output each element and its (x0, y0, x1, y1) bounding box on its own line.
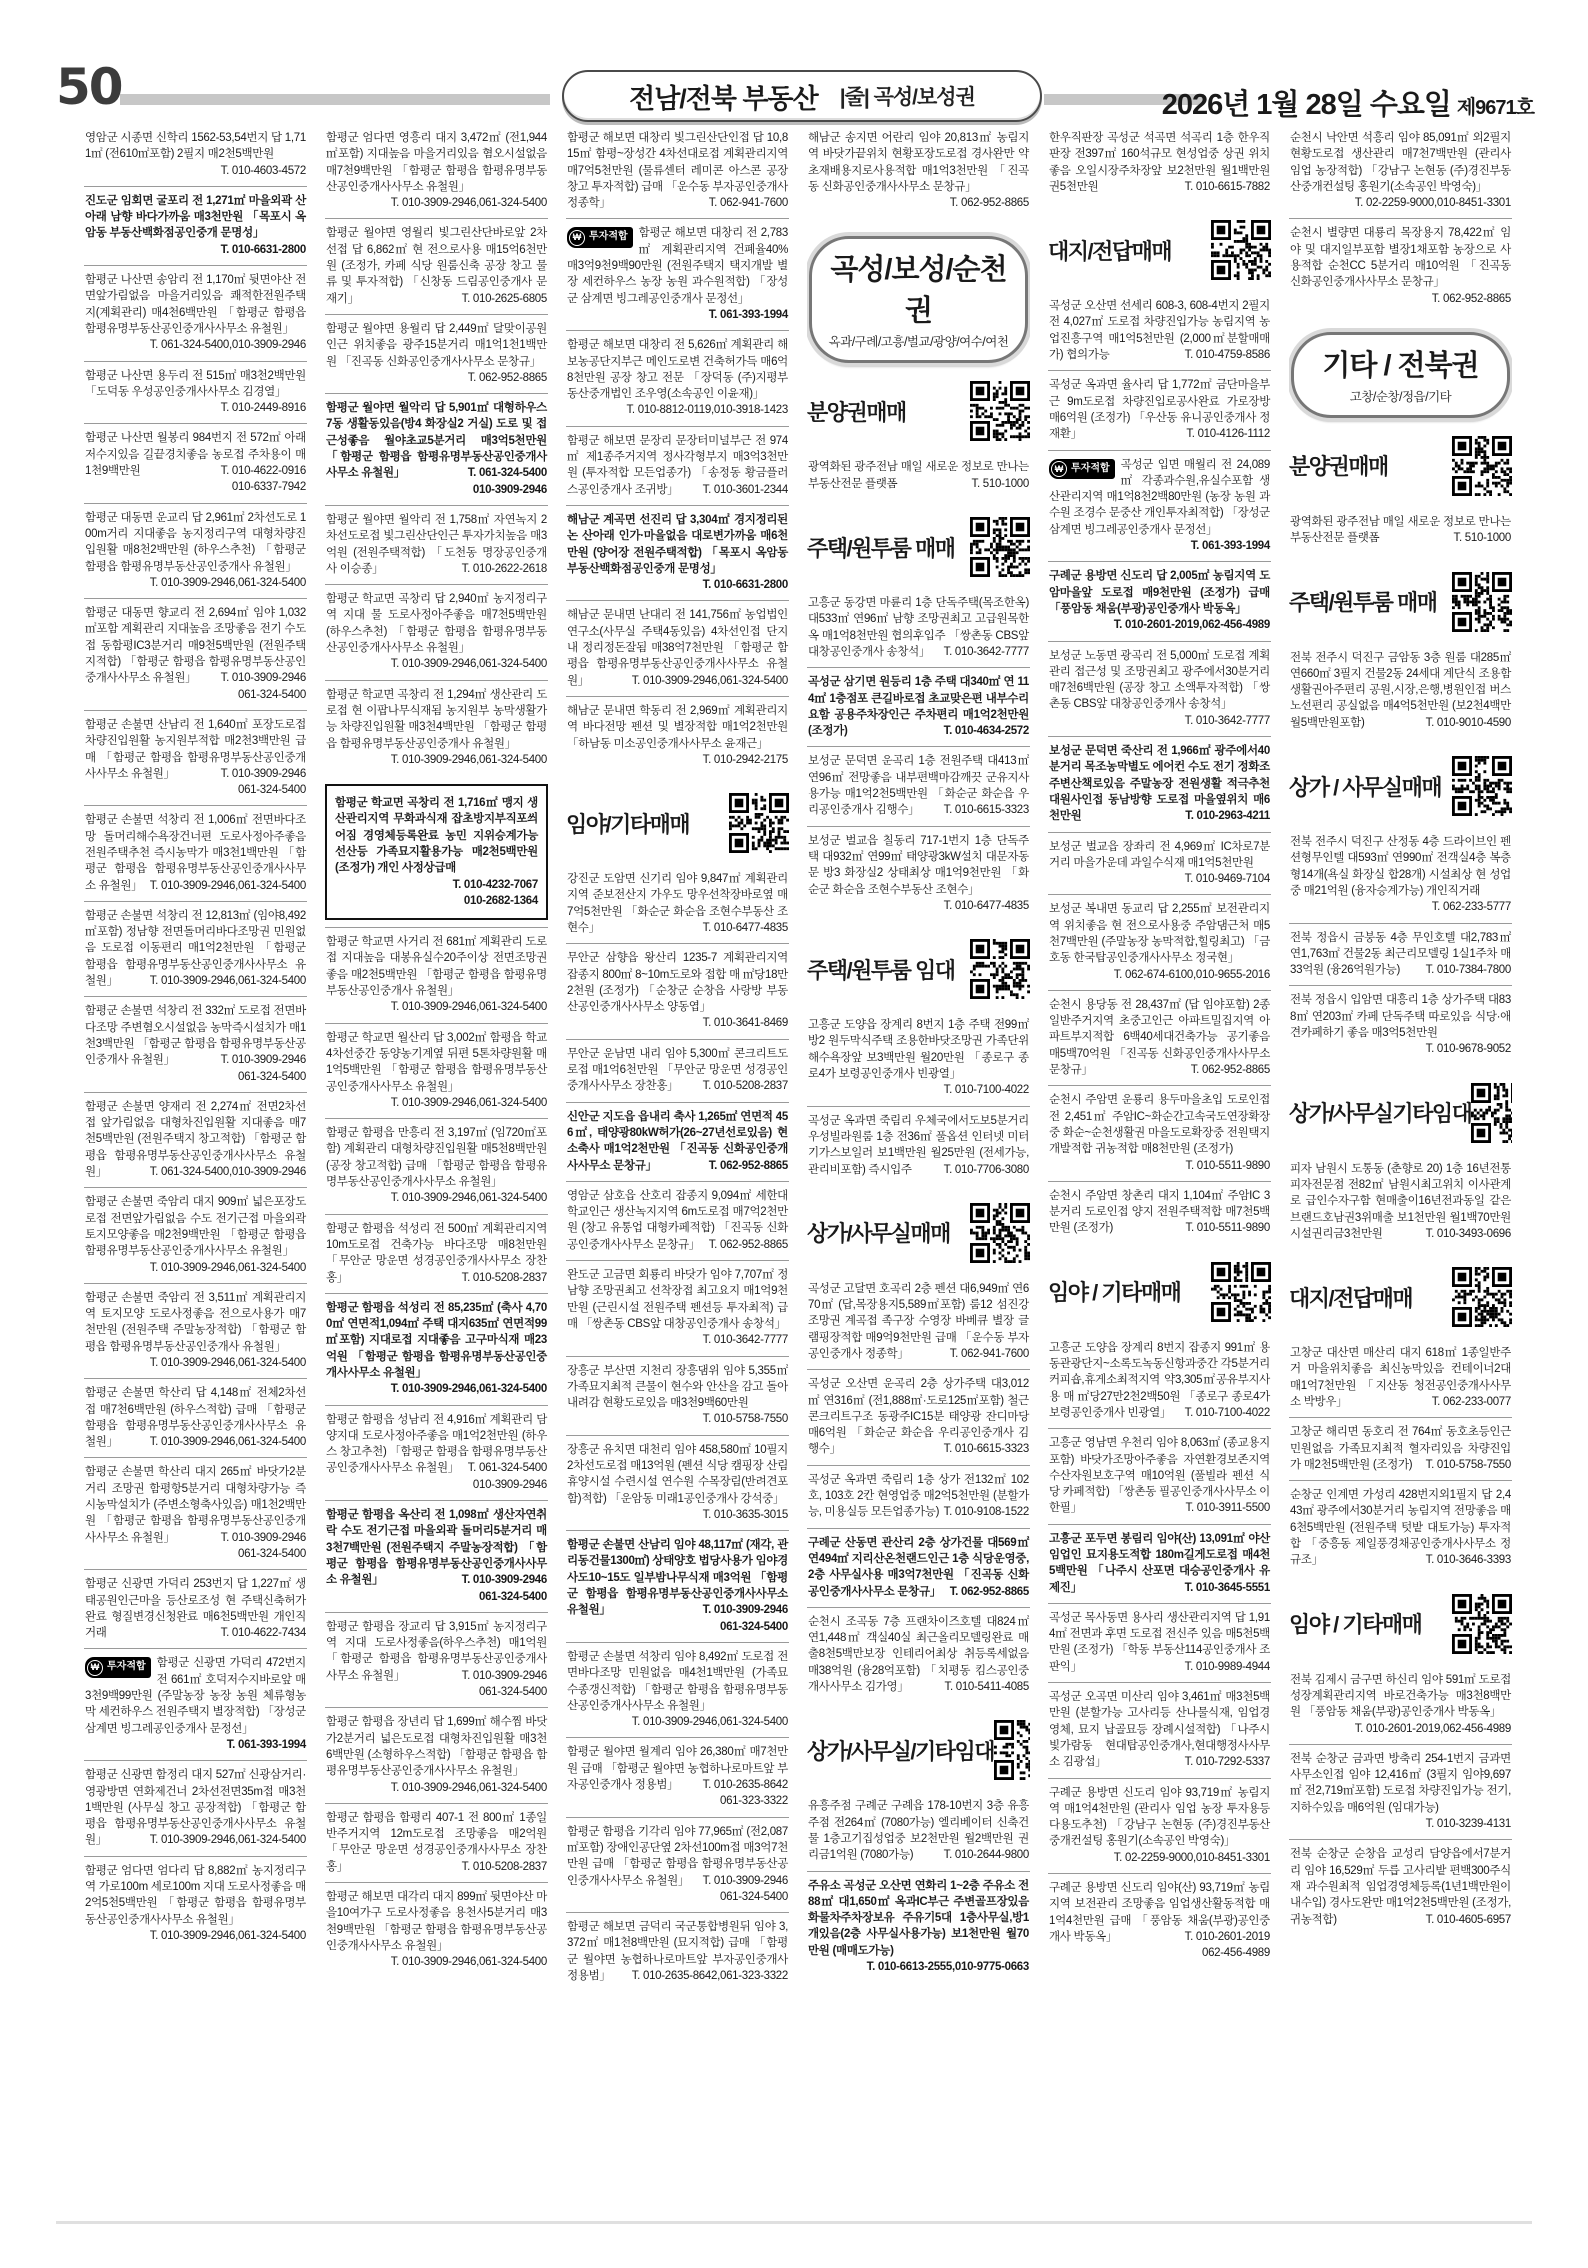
ad-text: 순천시 주암면 운룡리 용두마을초입 도로인접 전 2,451㎡ 주암IC~화순… (1049, 1094, 1270, 1155)
won-circle-icon: ₩ (1051, 461, 1067, 477)
ad-phone: T. 010-5758-7550 (1426, 1457, 1511, 1473)
ad-phone: T. 010-6631-2800 (221, 242, 306, 258)
ad-phone: T. 010-3911-5500 (1186, 1500, 1271, 1516)
classified-ad: ₩투자적합곡성군 입면 매월리 전 24,089㎡ 각종과수원,유실수포함 생산… (1048, 450, 1271, 562)
classified-ad: 곡성군 오곡면 미산리 임야 3,461㎡ 매3천5백만원 (분할가능 고사리등… (1048, 1682, 1271, 1777)
ad-phone: T. 010-4126-1112 (1186, 426, 1270, 442)
section-label: 대지/전답매매 (1289, 1282, 1412, 1313)
ad-phone: T. 010-4232-7067 010-2682-1364 (453, 877, 538, 910)
ad-phone: T. 010-4622-7434 (221, 1625, 306, 1641)
classified-ad: 함평군 함평읍 기각리 임야 77,965㎡ (전2,087㎡포함) 장애인공단… (566, 1817, 789, 1912)
ad-text: 함평군 월야면 용월리 답 2,449㎡ 달맞이공원인근 위치좋음 광주15분거… (326, 323, 547, 368)
section-label: 임야 / 기타매매 (1048, 1276, 1180, 1307)
classified-ad: 전북 정읍시 입암면 대흥리 1층 상가주택 대838㎡ 연203㎡ 카페 단독… (1289, 985, 1512, 1064)
ad-text: 순천시 낙안면 석흥리 임야 85,091㎡ 외2필지 현황도로접 생산관리 매… (1290, 132, 1511, 193)
ad-phone: T. 010-2601-2019 062-456-4989 (1185, 1929, 1270, 1962)
classified-ad: 고흥군 도양읍 장계리 8번지 잡종지 991㎡ 용동관광단지~소록도녹동신항과… (1048, 1334, 1271, 1428)
ad-phone: T. 010-7100-4022 (944, 1082, 1029, 1098)
classified-ad: ₩투자적합함평군 해보면 대창리 전 2,783㎡ 계획관리지역 건폐율40% … (566, 218, 789, 330)
section-header: 주택/원투룸 매매 (1289, 570, 1512, 634)
ad-phone: T. 062-674-6100,010-9655-2016 (1114, 967, 1270, 983)
ad-text: 함평군 손불면 석창리 임야 8,492㎡ 도로접 전면바다조망 민원없음 매4… (567, 1651, 788, 1712)
classified-ad: 해남군 문내면 학동리 전 2,969㎡ 계획관리지역 바다전망 펜션 및 별장… (566, 696, 789, 775)
classified-ad: 곡성군 오산면 선세리 608-3, 608-4번지 2필지 전 4,027㎡ … (1048, 292, 1271, 370)
ad-phone: T. 062-952-8865 (1432, 291, 1511, 307)
classified-ad: 고흥군 도양읍 장계리 8번지 1층 주택 전99㎡ 방2 원두막식주택 조용한… (807, 1011, 1030, 1105)
classified-ad: 순천시 조곡동 7층 프랜차이즈호텔 대824㎡ 연1,448㎡ 객실40실 최… (807, 1607, 1030, 1702)
section-label: 상가/사무실/기타임대 (807, 1735, 994, 1766)
ad-phone: T. 010-3909-2946,061-324-5400 (632, 673, 788, 689)
classified-ad: 구례군 용방면 신도리 임야(산) 93,719㎡ 농림지역 보전관리 조망좋음… (1048, 1873, 1271, 1968)
classified-ad: 함평군 함평읍 성남리 전 4,916㎡ 계획관리 담양지대 도로사정아주좋음 … (325, 1405, 548, 1500)
classified-ad: 한우직판장 곡성군 석곡면 석곡리 1층 한우직판장 전397㎡ 160석규모 … (1048, 124, 1271, 202)
classified-ad: 고창군 대산면 매산리 대지 618㎡ 1종일반주거 마을위치좋음 최신농막있음… (1289, 1339, 1512, 1417)
ad-phone: T. 02-2259-9000,010-8451-3301 (1114, 1850, 1270, 1866)
qr-code-icon (970, 939, 1030, 999)
qr-code-icon (1211, 1262, 1271, 1322)
ad-phone: T. 010-6613-2555,010-9775-0663 (867, 1959, 1029, 1975)
ad-phone: T. 010-3909-2946 061-324-5400 (703, 1873, 788, 1906)
ad-text: 보성군 벌교읍 장좌리 전 4,969㎡ IC차로7분거리 마을가운데 과일수식… (1049, 841, 1270, 869)
qr-code-icon (1452, 756, 1512, 816)
ad-phone: T. 010-2625-6805 (462, 291, 547, 307)
ad-text: 함평군 나산면 용두리 전 515㎡ 매3천2백만원 「도덕동 우성공인중개사사… (85, 370, 306, 398)
ad-text: 함평군 엄다면 영흥리 대지 3,472㎡ (전1,944㎡포함) 지대높음 마… (326, 132, 547, 193)
ad-text: 함평군 손불면 죽암리 전 3,511㎡ 계획관리지역 토지모양 도로사정좋음 … (85, 1292, 306, 1353)
classified-ad: 신안군 지도읍 읍내리 축사 1,265㎡ 연면적 456㎡, 태양광80kW허… (566, 1102, 789, 1181)
classified-ad: 곡성군 옥과면 죽림리 우체국에서도보5분거리 우성빌라원룸 1층 전36㎡ 풀… (807, 1106, 1030, 1185)
section-label: 상가/사무실매매 (807, 1217, 950, 1248)
classified-ad: 고흥군 동강면 마륜리 1층 단독주택(목조한옥) 대533㎡ 연96㎡ 남향 … (807, 589, 1030, 667)
ad-phone: T. 010-3909-2946,061-324-5400 (391, 1095, 547, 1111)
classified-ad: 함평군 해보면 금덕리 국군통합병원뒤 임야 3,372㎡ 매1천8백만원 (묘… (566, 1912, 789, 1991)
classified-ad: 함평군 월야면 월악리 전 1,758㎡ 자연녹지 2차선도로접 빛그린산단인근… (325, 505, 548, 584)
classified-ad: 함평군 손불면 죽암리 전 3,511㎡ 계획관리지역 토지모양 도로사정좋음 … (84, 1283, 307, 1378)
ad-text: 해남군 계곡면 선진리 답 3,304㎡ 경지정리된논 산아래 인가·마을없음 … (567, 514, 788, 575)
ad-phone: T. 062-952-8865 (709, 1237, 788, 1253)
classified-ad: 곡성군 목사동면 용사리 생산관리지역 답 1,914㎡ 전면과 후면 도로접 … (1048, 1603, 1271, 1682)
section-header: 주택/원투룸 임대 (807, 937, 1030, 1001)
ad-text: 고흥군 도양읍 장계리 8번지 1층 주택 전99㎡ 방2 원두막식주택 조용한… (808, 1019, 1029, 1080)
ad-phone: T. 010-3909-2946,061-324-5400 (391, 656, 547, 672)
ad-text: 함평군 학교면 사거리 전 681㎡ 계획관리 도로접 지대높음 대봉유실수20… (326, 936, 547, 997)
section-header: 임야 / 기타매매 (1289, 1592, 1512, 1656)
column-5: 한우직판장 곡성군 석곡면 석곡리 1층 한우직판장 전397㎡ 160석규모 … (1048, 124, 1271, 1969)
bottom-rule (56, 2221, 1532, 2224)
ad-phone: T. 010-3493-0696 (1426, 1226, 1511, 1242)
classified-ad: 영암군 시종면 신학리 1562-53,54번지 답 1,711㎡ (전610㎡… (84, 124, 307, 186)
ad-phone: T. 010-5758-7550 (703, 1411, 788, 1427)
section-header: 상가/사무실/기타임대 (807, 1718, 1030, 1782)
classified-ad: 곡성군 옥과면 율사리 답 1,772㎡ 금단마을부근 9m도로접 차량진입로공… (1048, 370, 1271, 449)
ad-text: 함평군 함평읍 석성리 전 85,235㎡ (축사 4,700㎡ 연면적1,09… (326, 1302, 547, 1379)
ad-phone: T. 062-952-8865 (709, 1158, 788, 1174)
ad-phone: T. 062-952-8865 (1191, 1062, 1270, 1078)
section-header: 주택/원투룸 매매 (807, 515, 1030, 579)
ad-phone: T. 010-3635-3015 (703, 1507, 788, 1523)
classified-ad: 주유소 곡성군 오산면 연화리 1~2층 주유소 전88㎡ 대1,650㎡ 옥과… (807, 1871, 1030, 1983)
section-label: 주택/원투룸 매매 (807, 532, 955, 563)
page-subtitle: |줄| 곡성/보성권 (840, 81, 975, 111)
ad-phone: T. 010-3909-2946 061-324-5400 (221, 766, 306, 799)
ad-phone: T. 061-393-1994 (227, 1737, 306, 1753)
ad-phone: T. 010-6615-3323 (944, 802, 1029, 818)
ad-phone: T. 061-393-1994 (709, 307, 788, 323)
classified-ad: 함평군 월야면 영월리 빛그린산단바로앞 2차선접 답 6,862㎡ 현 전으로… (325, 218, 548, 313)
classified-ad: 무안군 운남면 내리 임야 5,300㎡ 콘크리트도로접 매1억6천만원 「무안… (566, 1039, 789, 1102)
ad-phone: T. 010-2644-9800 (944, 1847, 1029, 1863)
ad-phone: T. 010-3239-4131 (1426, 1816, 1511, 1832)
classified-ad: 함평군 월야면 용월리 답 2,449㎡ 달맞이공원인근 위치좋음 광주15분거… (325, 314, 548, 393)
classified-ad: 함평군 함평읍 장교리 답 3,915㎡ 농지정리구역 지대 도로사정좋음(하우… (325, 1612, 548, 1707)
classified-ad: 순천시 용당동 전 28,437㎡ (답 임야포함) 2종일반주거지역 초중고인… (1048, 990, 1271, 1085)
ad-phone: T. 062-952-8865 (950, 195, 1029, 211)
ad-text: 해남군 송지면 어란리 임야 20,813㎡ 농림지역 바닷가끝위치 현황포장도… (808, 132, 1029, 193)
ad-phone: T. 062-233-5777 (1432, 899, 1511, 915)
ad-phone: T. 010-9108-1522 (944, 1504, 1029, 1520)
classified-ad: 전북 전주시 덕진구 산정동 4층 드라이브인 펜션형무인텔 대593㎡ 연99… (1289, 828, 1512, 922)
invest-badge: ₩투자적합 (85, 1657, 151, 1677)
ad-phone: T. 010-6631-2800 (703, 577, 788, 593)
ad-phone: T. 010-3909-2946,061-324-5400 (150, 1434, 306, 1450)
classified-ad: 함평군 함평읍 만흥리 전 3,197㎡ (임720㎡포함) 계획관리 대형차량… (325, 1118, 548, 1213)
ad-phone: T. 062-233-0077 (1432, 1394, 1511, 1410)
region-subtitle: 옥과/구례/고흥/벌교/광양/여수/여천 (818, 332, 1019, 350)
classified-ad: 함평군 학교면 월산리 답 3,002㎡ 함평읍 학교4차선중간 동양농기계옆 … (325, 1023, 548, 1118)
classified-ad: 함평군 엄다면 엄다리 답 8,882㎡ 농지정리구역 가로100m 세로100… (84, 1856, 307, 1951)
ad-phone: T. 010-3642-7777 (1185, 713, 1270, 729)
ad-phone: T. 010-3909-2946,061-324-5400 (150, 878, 306, 894)
ad-text: 함평군 손불면 죽암리 대지 909㎡ 넓은포장도로접 전면앞가림없음 수도 전… (85, 1196, 306, 1257)
qr-code-icon (1452, 1267, 1512, 1327)
classified-ad: 순창군 인계면 가성리 428번지외1필지 답 2,443㎡ 광주에서30분거리… (1289, 1480, 1512, 1575)
qr-code-icon (1452, 572, 1512, 632)
section-label: 주택/원투룸 임대 (807, 954, 955, 985)
ad-phone: T. 061-324-5400,010-3909-2946 (150, 1164, 306, 1180)
classified-ad: 구례군 용방면 신도리 임야 93,719㎡ 농림지역 매1억4천만원 (관리사… (1048, 1778, 1271, 1873)
ad-phone: T. 010-3909-2946,061-324-5400 (150, 575, 306, 591)
ad-phone: T. 010-9010-4590 (1426, 715, 1511, 731)
ad-phone: T. 010-6477-4835 (944, 898, 1029, 914)
region-banner: 곡성/보성/순천권옥과/구례/고흥/벌교/광양/여수/여천 (809, 236, 1028, 363)
section-header: 상가 / 사무실매매 (1289, 754, 1512, 818)
classified-ad: 광역화된 광주전남 매일 새로운 정보로 만나는 부동산전문 플랫폼 T. 51… (1289, 508, 1512, 554)
classified-ad: 함평군 손불면 학산리 대지 265㎡ 바닷가2분거리 조망권 함평항5분거리 … (84, 1457, 307, 1569)
header-rule-left (120, 94, 550, 105)
date-text: 2026년 1월 28일 수요일 (1162, 89, 1451, 121)
ad-phone: T. 010-6477-4835 (703, 920, 788, 936)
classified-ad: 함평군 손불면 석창리 전 1,006㎡ 전면바다조망 돌머리해수욕장건너편 도… (84, 805, 307, 900)
classified-ad: 함평군 학교면 사거리 전 681㎡ 계획관리 도로접 지대높음 대봉유실수20… (325, 927, 548, 1022)
classified-ad: 함평군 학교면 곡창리 답 2,940㎡ 농지정리구역 지대 물 도로사정아주좋… (325, 584, 548, 679)
classified-ad: 함평군 나산면 송암리 전 1,170㎡ 뒷면야산 전면앞가림없음 마을거리있음… (84, 265, 307, 360)
classified-ad: 순천시 주암면 운룡리 용두마을초입 도로인접 전 2,451㎡ 주암IC~화순… (1048, 1085, 1271, 1180)
classified-ad: 해남군 송지면 어란리 임야 20,813㎡ 농림지역 바닷가끝위치 현황포장도… (807, 124, 1030, 218)
classified-ad: 함평군 함평읍 함평리 407-1 전 800㎡ 1종일반주거지역 12m도로접… (325, 1803, 548, 1882)
section-label: 임야 / 기타매매 (1289, 1608, 1421, 1639)
classified-ad: 함평군 나산면 용두리 전 515㎡ 매3천2백만원 「도덕동 우성공인중개사사… (84, 361, 307, 424)
ad-phone: T. 010-4603-4572 (221, 163, 306, 179)
column-3: 함평군 해보면 대창리 빛그린산단인접 답 10,815㎡ 함평~장성간 4차선… (566, 124, 789, 1991)
ad-text: 함평군 엄다면 엄다리 답 8,882㎡ 농지정리구역 가로100m 세로100… (85, 1865, 306, 1926)
classified-ad: 함평군 손불면 죽암리 대지 909㎡ 넓은포장도로접 전면앞가림없음 수도 전… (84, 1187, 307, 1282)
ad-phone: T. 010-9678-9052 (1426, 1041, 1511, 1057)
classified-ad: 함평군 손불면 양재리 전 2,274㎡ 전면2차선접 앞가림없음 대형차진입원… (84, 1092, 307, 1187)
ad-phone: T. 010-3909-2946,061-324-5400 (150, 1355, 306, 1371)
ad-phone: T. 010-3909-2946 061-324-5400 (221, 1052, 306, 1085)
invest-badge-label: 투자적합 (589, 229, 628, 245)
ad-phone: T. 010-5208-2837 (462, 1859, 547, 1875)
ad-phone: T. 010-2601-2019,062-456-4989 (1355, 1721, 1511, 1737)
ad-phone: T. 010-6615-7882 (1185, 179, 1270, 195)
ad-phone: T. 010-3909-2946,061-324-5400 (150, 1832, 306, 1848)
classified-ad: 함평군 손불면 산남리 전 1,640㎡ 포장도로접 차량진입원활 농지원부적합… (84, 710, 307, 805)
ad-phone: T. 010-2449-8916 (221, 400, 306, 416)
classified-ad: 전북 순창군 금과면 방축리 254-1번지 금과면사무소인접 임야 12,41… (1289, 1744, 1512, 1839)
classified-ad: 함평군 대동면 운교리 답 2,961㎡ 2차선도로 100m거리 지대좋음 농… (84, 503, 307, 598)
classified-ad: 함평군 해보면 대창리 빛그린산단인접 답 10,815㎡ 함평~장성간 4차선… (566, 124, 789, 218)
classified-ad: 피자 남원시 도통동 (춘향로 20) 1층 16년전통 피자전문점 전82㎡ … (1289, 1155, 1512, 1249)
classified-ad: 함평군 손불면 석창리 전 12,813㎡ (임야8,492㎡포함) 정남향 전… (84, 901, 307, 996)
ad-phone: T. 010-7292-5337 (1185, 1754, 1270, 1770)
ad-phone: T. 010-7706-3080 (944, 1162, 1029, 1178)
ad-text: 함평군 대동면 운교리 답 2,961㎡ 2차선도로 100m거리 지대좋음 농… (85, 512, 306, 573)
won-circle-icon: ₩ (87, 1660, 103, 1676)
ad-text: 순천시 별량면 대룡리 목장용지 78,422㎡ 임야 및 대지일부포함 별장1… (1290, 227, 1511, 288)
column-6: 순천시 낙안면 석흥리 임야 85,091㎡ 외2필지 현황도로접 생산관리 매… (1289, 124, 1512, 1935)
ad-text: 전북 순창군 금과면 방축리 254-1번지 금과면사무소인접 임야 12,41… (1290, 1753, 1511, 1814)
classified-ad: 함평군 손불면 학산리 답 4,148㎡ 전체2차선접 매7천6백만원 (하우스… (84, 1378, 307, 1457)
ad-phone: T. 010-2635-8642 061-323-3322 (703, 1777, 788, 1810)
section-header: 임야 / 기타매매 (1048, 1260, 1271, 1324)
qr-code-icon (1452, 1594, 1512, 1654)
ad-phone: T. 061-324-5400,010-3909-2946 (150, 337, 306, 353)
classified-ad: 전북 순창군 순창읍 교성리 담양읍에서7분거리 임야 16,529㎡ 두릅 고… (1289, 1839, 1512, 1934)
region-title: 곡성/보성/순천권 (818, 247, 1019, 329)
section-label: 상가 / 사무실매매 (1289, 771, 1441, 802)
ad-phone: T. 010-9469-7104 (1185, 871, 1270, 887)
classified-ad: 함평군 월야면 월계리 임야 26,380㎡ 매7천만원 급매 「함평군 월야면… (566, 1737, 789, 1816)
classified-ad: 진도군 임회면 굴포리 전 1,271㎡ 마을외곽 산아래 남향 바다가까움 매… (84, 186, 307, 265)
ad-phone: T. 010-3645-5551 (1185, 1580, 1270, 1596)
ad-phone: T. 010-3601-2344 (703, 482, 788, 498)
classified-ad: ₩투자적합함평군 신광면 가덕리 472번지 전 661㎡ 호덕저수지바로앞 매… (84, 1648, 307, 1760)
ad-text: 완도군 고금면 회룡리 바닷가 임야 7,707㎡ 정남향 조망권최고 선착장접… (567, 1269, 788, 1330)
ad-phone: T. 010-3909-2946,061-324-5400 (391, 1954, 547, 1970)
ad-phone: T. 02-2259-9000,010-8451-3301 (1355, 195, 1511, 211)
ad-phone: T. 010-3909-2946 061-324-5400 (462, 1668, 547, 1701)
won-circle-icon: ₩ (569, 230, 585, 246)
section-header: 상가/사무실매매 (807, 1201, 1030, 1265)
ad-phone: T. 010-3909-2946 061-324-5400 (462, 1572, 547, 1605)
classified-ad: 순천시 별량면 대룡리 목장용지 78,422㎡ 임야 및 대지일부포함 별장1… (1289, 218, 1512, 313)
classified-ad: 함평군 엄다면 영흥리 대지 3,472㎡ (전1,944㎡포함) 지대높음 마… (325, 124, 548, 218)
ad-phone: T. 010-4634-2572 (944, 723, 1029, 739)
ad-phone: T. 010-5511-9890 (1186, 1220, 1271, 1236)
classified-ad: 보성군 문덕면 죽산리 전 1,966㎡ 광주에서40분거리 목조농막별도 에어… (1048, 736, 1271, 831)
classified-ad: 함평군 해보면 문장리 문장터미널부근 전 974㎡ 제1종주거지역 정사각형부… (566, 426, 789, 505)
ad-phone: T. 010-3909-2946,061-324-5400 (391, 999, 547, 1015)
region-banner: 기타 / 전북권고창/순창/정읍/기타 (1291, 332, 1510, 418)
ad-text: 장흥군 부산면 지천리 장흥댐위 임야 5,355㎡ 가족묘지최적 큰물이 현수… (567, 1365, 788, 1410)
classified-ad: 완도군 고금면 회룡리 바닷가 임야 7,707㎡ 정남향 조망권최고 선착장접… (566, 1260, 789, 1355)
section-label: 분양권매매 (807, 396, 906, 427)
column-4: 해남군 송지면 어란리 임야 20,813㎡ 농림지역 바닷가끝위치 현황포장도… (807, 124, 1030, 1982)
ad-text: 무안군 삼향읍 왕산리 1235-7 계획관리지역 잡종지 800㎡ 8~10m… (567, 952, 788, 1013)
region-subtitle: 고창/순창/정읍/기타 (1300, 387, 1501, 405)
ad-phone: T. 061-324-5400 010-3909-2946 (468, 465, 547, 498)
ad-phone: T. 010-3641-8469 (703, 1015, 788, 1031)
ad-phone: T. 010-5208-2837 (703, 1078, 788, 1094)
ad-text: 함평군 학교면 곡창리 답 2,940㎡ 농지정리구역 지대 물 도로사정아주좋… (326, 593, 547, 654)
qr-code-icon (1211, 220, 1271, 280)
classified-ad: 전북 김제시 금구면 하신리 임야 591㎡ 도로접 성장계획관리지역 바로건축… (1289, 1666, 1512, 1744)
section-label: 주택/원투룸 매매 (1289, 586, 1437, 617)
ad-phone: T. 010-3909-2946,061-324-5400 (391, 1381, 547, 1397)
classified-ad: 함평군 신광면 가덕리 253번지 답 1,227㎡ 생태공원인근마을 등산로조… (84, 1569, 307, 1648)
ad-phone: T. 010-4759-8586 (1185, 347, 1270, 363)
page-number: 50 (56, 58, 122, 116)
classified-ad: 보성군 벌교읍 칠동리 717-1번지 1층 단독주택 대932㎡ 연99㎡ 태… (807, 826, 1030, 921)
classified-ad: 순천시 낙안면 석흥리 임야 85,091㎡ 외2필지 현황도로접 생산관리 매… (1289, 124, 1512, 218)
classified-ad: 무안군 삼향읍 왕산리 1235-7 계획관리지역 잡종지 800㎡ 8~10m… (566, 943, 789, 1038)
classified-ad: 곡성군 삼기면 원등리 1층 주택 대340㎡ 연 114㎡ 1층점포 큰길바로… (807, 667, 1030, 746)
invest-badge-label: 투자적합 (107, 1659, 146, 1675)
boxed-classified-ad: 함평군 학교면 곡창리 전 1,716㎡ 맹지 생산관리지역 무화과식재 잡초방… (325, 784, 548, 920)
section-header: 분양권매매 (1289, 434, 1512, 498)
ad-phone: T. 010-8812-0119,010-3918-1423 (626, 402, 788, 418)
classified-ad: 장흥군 부산면 지천리 장흥댐위 임야 5,355㎡ 가족묘지최적 큰물이 현수… (566, 1356, 789, 1435)
classified-ad: 함평군 함평읍 석성리 전 500㎡ 계획관리지역 10m도로접 건축가능 바다… (325, 1214, 548, 1293)
ad-text: 함평군 학교면 곡창리 전 1,294㎡ 생산관리 도로접 현 이팝나무식재됨 … (326, 689, 547, 750)
ad-phone: T. 010-3909-2946,061-324-5400 (150, 1928, 306, 1944)
classified-ad: 함평군 함평읍 장년리 답 1,699㎡ 해수찜 바닷가2분거리 넓은도로접 대… (325, 1707, 548, 1802)
qr-code-icon (729, 793, 789, 853)
ad-phone: T. 061-324-5400 010-3909-2946 (468, 1460, 547, 1493)
ad-text: 구례군 용방면 신도리 답 2,005㎡ 농림지역 도암마을앞 도로접 매9천만… (1049, 570, 1270, 615)
section-label: 상가/사무실기타임대 (1289, 1097, 1471, 1128)
classified-ad: 구례군 용방면 신도리 답 2,005㎡ 농림지역 도암마을앞 도로접 매9천만… (1048, 561, 1271, 640)
ad-phone: T. 010-3909-2946,061-324-5400 (150, 1260, 306, 1276)
ad-text: 진도군 임회면 굴포리 전 1,271㎡ 마을외곽 산아래 남향 바다가까움 매… (85, 195, 306, 240)
ad-text: 함평군 나산면 송암리 전 1,170㎡ 뒷면야산 전면앞가림없음 마을거리있음… (85, 274, 306, 335)
ad-text: 함평군 함평읍 만흥리 전 3,197㎡ (임720㎡포함) 계획관리 대형차량… (326, 1127, 547, 1188)
section-header: 임야/기타매매 (566, 791, 789, 855)
ad-text: 보성군 벌교읍 칠동리 717-1번지 1층 단독주택 대932㎡ 연99㎡ 태… (808, 835, 1029, 896)
ad-phone: T. 010-3909-2946 061-324-5400 (221, 1530, 306, 1563)
ad-phone: T. 510-1000 (1454, 530, 1511, 546)
classified-ad: 곡성군 오산면 운곡리 2층 상가주택 대3,012㎡ 연316㎡ (전1,88… (807, 1369, 1030, 1464)
classified-ad: 영암군 삼호읍 산호리 잡종지 9,094㎡ 세한대학교인근 생산녹지지역 6m… (566, 1181, 789, 1260)
classified-ad: 함평군 해보면 대각리 대지 899㎡ 뒷면야산 마을10여가구 도로사정좋음 … (325, 1882, 548, 1977)
ad-phone: T. 010-4622-0916 010-6337-7942 (221, 463, 306, 496)
issue-number: 제9671호 (1457, 97, 1534, 119)
ad-phone: T. 510-1000 (972, 476, 1029, 492)
ad-text: 주유소 곡성군 오산면 연화리 1~2층 주유소 전88㎡ 대1,650㎡ 옥과… (808, 1880, 1029, 1957)
classified-ad: 함평군 손불면 석창리 전 332㎡ 도로접 전면바다조망 주변혐오시설없음 농… (84, 996, 307, 1091)
classified-ad: 보성군 벌교읍 장좌리 전 4,969㎡ IC차로7분거리 마을가운데 과일수식… (1048, 832, 1271, 895)
classified-ad: 해남군 문내면 난대리 전 141,756㎡ 농업법인 연구소(사무실 주택4동… (566, 600, 789, 695)
classified-ad: 함평군 대동면 향교리 전 2,694㎡ 임야 1,032㎡포함 계획관리 지대… (84, 598, 307, 710)
section-banner: 전남/전북 부동산 |줄| 곡성/보성권 (562, 70, 1042, 122)
ad-phone: T. 062-941-7600 (709, 195, 788, 211)
ad-text: 함평군 학교면 곡창리 전 1,716㎡ 맹지 생산관리지역 무화과식재 잡초방… (335, 797, 538, 874)
ad-phone: T. 010-7100-4022 (1185, 1405, 1270, 1421)
ad-phone: T. 010-6615-3323 (944, 1441, 1029, 1457)
classified-ad: 함평군 해보면 대창리 전 5,626㎡ 계획관리 해보농공단지부근 메인도로변… (566, 330, 789, 425)
qr-code-icon (970, 517, 1030, 577)
qr-code-icon (994, 1720, 1030, 1780)
ad-phone: T. 010-2635-8642,061-323-3322 (632, 1968, 788, 1984)
classified-ad: 함평군 손불면 석창리 임야 8,492㎡ 도로접 전면바다조망 민원없음 매4… (566, 1642, 789, 1737)
ad-phone: T. 010-5208-2837 (462, 1270, 547, 1286)
ad-text: 함평군 함평읍 장년리 답 1,699㎡ 해수찜 바닷가2분거리 넓은도로접 대… (326, 1716, 547, 1777)
section-label: 임야/기타매매 (566, 808, 689, 839)
invest-badge: ₩투자적합 (567, 227, 633, 247)
classified-ad: 전북 전주시 덕진구 금암동 3층 원룸 대285㎡ 연660㎡ 3필지 건물2… (1289, 644, 1512, 738)
classified-ad: 곡성군 옥과면 죽림리 1층 상가 전132㎡ 102호, 103호 2칸 현영… (807, 1465, 1030, 1528)
classified-ad: 보성군 복내면 동교리 답 2,255㎡ 보전관리지역 위치좋음 현 전으로사용… (1048, 894, 1271, 989)
ad-phone: T. 010-3909-2946 061-324-5400 (221, 670, 306, 703)
ad-phone: T. 010-7384-7800 (1426, 962, 1511, 978)
classified-ad: 해남군 계곡면 선진리 답 3,304㎡ 경지정리된논 산아래 인가·마을없음 … (566, 505, 789, 600)
ad-phone: T. 010-4605-6957 (1426, 1912, 1511, 1928)
classified-ad: 강진군 도암면 신기리 임야 9,847㎡ 계획관리지역 준보전산지 가우도 망… (566, 865, 789, 943)
classified-ad: 함평군 손불면 산남리 임야 48,117㎡ (재각, 관리동건물1300㎡) … (566, 1530, 789, 1642)
classifieds-grid: 영암군 시종면 신학리 1562-53,54번지 답 1,711㎡ (전610㎡… (84, 124, 1513, 1991)
ad-text: 보성군 노동면 광곡리 전 5,000㎡ 도로접 계획관리 접근성 및 조망권최… (1049, 650, 1270, 711)
ad-text: 함평군 해보면 대창리 전 5,626㎡ 계획관리 해보농공단지부근 메인도로변… (567, 339, 788, 400)
classified-ad: 순천시 주암면 창촌리 대지 1,104㎡ 주암IC 3분거리 도로인접 양지 … (1048, 1181, 1271, 1244)
ad-phone: T. 010-2622-2618 (462, 561, 547, 577)
ad-text: 장흥군 유치면 대천리 임야 458,580㎡ 10필지 2차선도로접 매13억… (567, 1444, 788, 1505)
classified-ad: 함평군 함평읍 옥산리 전 1,098㎡ 생산자연취락 수도 전기근접 마을외곽… (325, 1500, 548, 1612)
ad-phone: T. 010-3642-7777 (703, 1332, 788, 1348)
ad-phone: T. 010-3909-2946 061-324-5400 (703, 1602, 788, 1635)
qr-code-icon (970, 381, 1030, 441)
ad-phone: T. 010-3909-2946,061-324-5400 (391, 195, 547, 211)
ad-text: 보성군 복내면 동교리 답 2,255㎡ 보전관리지역 위치좋음 현 전으로사용… (1049, 903, 1270, 964)
ad-text: 영암군 시종면 신학리 1562-53,54번지 답 1,711㎡ (전610㎡… (85, 132, 306, 160)
section-header: 상가/사무실기타임대 (1289, 1081, 1512, 1145)
section-label: 분양권매매 (1289, 450, 1388, 481)
ad-phone: T. 010-3642-7777 (944, 644, 1029, 660)
ad-phone: T. 010-3909-2946,061-324-5400 (391, 1780, 547, 1796)
classified-ad: 보성군 문덕면 운곡리 1층 전원주택 대413㎡ 연96㎡ 전망좋음 내부편백… (807, 746, 1030, 825)
classified-ad: 함평군 학교면 곡창리 전 1,294㎡ 생산관리 도로접 현 이팝나무식재됨 … (325, 680, 548, 775)
ad-phone: T. 010-2963-4211 (1185, 808, 1270, 824)
column-2: 함평군 엄다면 영흥리 대지 3,472㎡ (전1,944㎡포함) 지대높음 마… (325, 124, 548, 1978)
qr-code-icon (970, 1203, 1030, 1263)
ad-phone: T. 061-393-1994 (1191, 538, 1270, 554)
ad-phone: T. 010-2942-2175 (703, 752, 788, 768)
ad-phone: T. 010-3646-3393 (1426, 1552, 1511, 1568)
classified-ad: 함평군 신광면 함정리 대지 527㎡ 신광삼거리·영광방면 연화제건너 2차선… (84, 1760, 307, 1855)
classified-ad: 전북 정읍시 금붕동 4층 무인호텔 대2,783㎡ 연1,763㎡ 건물2동 … (1289, 923, 1512, 986)
invest-badge-label: 투자적합 (1071, 461, 1110, 477)
classified-ad: 곡성군 고달면 호곡리 2층 펜션 대6,949㎡ 연670㎡ (답,목장용지5… (807, 1275, 1030, 1369)
ad-phone: T. 062-952-8865 (468, 370, 547, 386)
ad-text: 전북 전주시 덕진구 산정동 4층 드라이브인 펜션형무인텔 대593㎡ 연99… (1290, 836, 1511, 897)
ad-phone: T. 010-5511-9890 (1186, 1158, 1271, 1174)
section-header: 대지/전답매매 (1048, 218, 1271, 282)
classified-ad: 장흥군 유치면 대천리 임야 458,580㎡ 10필지 2차선도로접 매13억… (566, 1435, 789, 1530)
classified-ad: 유흥주점 구례군 구례읍 178-10번지 3층 유흥주점 전264㎡ (708… (807, 1792, 1030, 1870)
ad-text: 구례군 용방면 신도리 임야 93,719㎡ 농림지역 매1억4천만원 (관리사… (1049, 1787, 1270, 1848)
section-header: 대지/전답매매 (1289, 1265, 1512, 1329)
classified-ad: 함평군 월야면 월악리 답 5,901㎡ 대형하우스7동 생활동있음(방4 화장… (325, 393, 548, 505)
ad-text: 함평군 해보면 대각리 대지 899㎡ 뒷면야산 마을10여가구 도로사정좋음 … (326, 1891, 547, 1952)
